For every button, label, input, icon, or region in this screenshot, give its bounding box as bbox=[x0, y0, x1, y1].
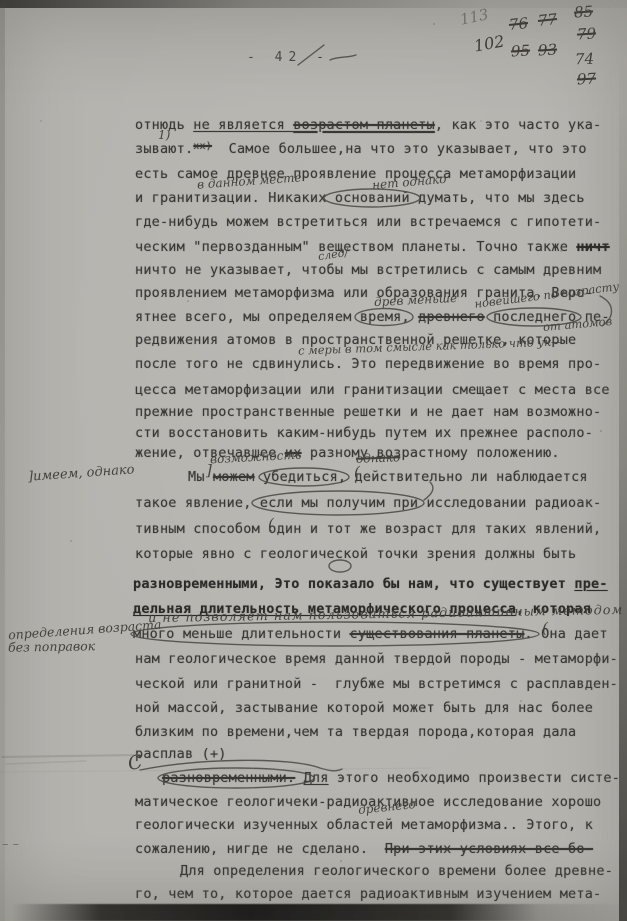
typed-line: разновременными. Для этого необходимо пр… bbox=[162, 771, 620, 785]
typed-text: такое явление, если мы получим при иссле… bbox=[135, 495, 601, 511]
typed-text: тивным способом один и тот же возраст дл… bbox=[135, 521, 601, 537]
typed-line: Мы можем убедиться, действительно ли наб… bbox=[188, 470, 588, 484]
renumber-mark: 95 bbox=[511, 44, 531, 60]
scan-artifact-bottom bbox=[0, 904, 627, 921]
typed-text: этого необходимо произвести систе- bbox=[329, 770, 620, 786]
typed-text: (+) bbox=[202, 746, 227, 762]
page-number-dash bbox=[330, 55, 356, 60]
typed-line: зывают.хх) Самое большее,на что это указ… bbox=[135, 142, 587, 158]
handwritten-note: 1) bbox=[158, 129, 170, 141]
typed-text: хх) bbox=[193, 141, 212, 152]
handwritten-note: древ меньше bbox=[374, 292, 458, 308]
typed-line: где-нибудь можем встретиться или встреча… bbox=[135, 215, 601, 229]
typed-line: ничто не указывает, чтобы мы встретились… bbox=[135, 263, 601, 277]
typed-text: не является bbox=[193, 117, 293, 133]
typed-text: ческим "первозданным" веществом планеты.… bbox=[135, 239, 576, 255]
typed-line: которые явно с геологической точки зрени… bbox=[135, 547, 576, 561]
typed-text: . Она дает bbox=[524, 626, 607, 642]
typed-text: убедиться, действительно ли наблюдается bbox=[255, 469, 588, 485]
renumber-mark: 79 bbox=[577, 26, 597, 42]
typed-text: сожалению, нигде не сделано. bbox=[135, 841, 385, 857]
typed-text: прежние пространственные решетки и не да… bbox=[135, 404, 601, 420]
typed-text: древнего bbox=[418, 309, 485, 325]
handwritten-note: от атомов bbox=[543, 316, 613, 333]
typed-line: тивным способом один и тот же возраст дл… bbox=[135, 522, 601, 536]
typed-text: сти восстановить каким-нибудь путем их п… bbox=[135, 425, 593, 441]
scanned-document-page: - 42 - отнюдь bbox=[0, 0, 627, 921]
pencil-smudge bbox=[2, 755, 140, 757]
typed-line: близким по времени,чем та твердая порода… bbox=[135, 725, 576, 739]
handwritten-note: – – bbox=[2, 838, 19, 851]
renumber-mark: 77 bbox=[537, 12, 558, 29]
typed-text: , как это часто ука- bbox=[435, 117, 602, 133]
renumber-mark: 97 bbox=[577, 72, 597, 88]
scan-artifact-top bbox=[0, 0, 627, 8]
typed-line: много меньше длительности существования … bbox=[133, 627, 608, 641]
typed-line: геологически изученных областей метаморф… bbox=[135, 818, 593, 832]
typed-line: прежние пространственные решетки и не да… bbox=[135, 405, 601, 419]
handwritten-note: ( bbox=[268, 517, 274, 532]
typed-text: разновременными. bbox=[162, 770, 295, 786]
typed-line: расплав (+) bbox=[135, 747, 227, 761]
typed-text: Для bbox=[304, 770, 329, 786]
handwritten-note: возможность bbox=[210, 449, 302, 466]
pencil-smudge bbox=[6, 761, 86, 764]
handwritten-note: без поправок bbox=[8, 640, 95, 654]
typed-line: отнюдь не является возрастом планеты, ка… bbox=[135, 118, 601, 132]
typed-text: и гранитизации. Никаких оснований думать… bbox=[135, 190, 585, 206]
scan-artifact-right bbox=[619, 0, 627, 921]
typed-text: разновременными, Это показало бы нам, чт… bbox=[133, 576, 574, 592]
paper-specks bbox=[0, 0, 2, 2]
renumber-mark: 76 bbox=[508, 16, 529, 33]
typed-text: много меньше длительности bbox=[133, 626, 350, 642]
typed-text: При этих условиях все бо- bbox=[385, 841, 593, 857]
handwritten-note: ]имеем, однако bbox=[28, 463, 135, 483]
typed-text: разному возрастному положению. bbox=[302, 445, 560, 461]
typed-text: геологически изученных областей метаморф… bbox=[135, 817, 593, 833]
handwritten-note: ] bbox=[206, 463, 212, 478]
typed-line: разновременными, Это показало бы нам, чт… bbox=[133, 577, 608, 591]
typed-line: после того не сдвинулись. Это передвижен… bbox=[135, 357, 601, 371]
typed-text: ничт bbox=[576, 239, 609, 255]
typed-line: Для определения геологического времени б… bbox=[180, 864, 613, 878]
typed-text: после того не сдвинулись. Это передвижен… bbox=[135, 356, 601, 372]
scan-artifact-left bbox=[0, 0, 5, 921]
typed-text: где-нибудь можем встретиться или встреча… bbox=[135, 214, 601, 230]
typed-text bbox=[295, 770, 303, 786]
renumber-mark: 85 bbox=[574, 4, 594, 20]
typed-line: сти восстановить каким-нибудь путем их п… bbox=[135, 426, 593, 440]
typed-text: го, чем то, которое дается радиоактивным… bbox=[135, 886, 601, 902]
typed-line: цесса метаморфизации или гранитизации см… bbox=[135, 383, 610, 397]
handwritten-note: ( bbox=[542, 621, 548, 636]
typed-line: такое явление, если мы получим при иссле… bbox=[135, 496, 601, 510]
renumber-mark: 113 bbox=[459, 7, 490, 28]
typed-text: возрастом планеты bbox=[293, 117, 435, 133]
handwritten-note: след/ bbox=[317, 247, 349, 262]
typed-line: ной массой, застывание которой может быт… bbox=[135, 701, 593, 715]
typed-text: Для определения геологического времени б… bbox=[180, 863, 613, 879]
typed-text: пре- bbox=[574, 576, 607, 592]
typed-text: можем bbox=[213, 469, 255, 485]
typed-line: ческим "первозданным" веществом планеты.… bbox=[135, 240, 610, 254]
typed-text: Самое большее,на что это указывает, что … bbox=[212, 141, 587, 157]
typed-text: ческой или гранитной - глубже мы встрети… bbox=[135, 676, 618, 692]
renumber-mark: 74 bbox=[575, 52, 595, 68]
typed-line: ческой или гранитной - глубже мы встрети… bbox=[135, 677, 618, 691]
typed-text: нам геологическое время данной твердой п… bbox=[135, 651, 618, 667]
handwritten-note: С bbox=[126, 753, 144, 774]
typed-line: го, чем то, которое дается радиоактивным… bbox=[135, 887, 601, 901]
typed-text: близким по времени,чем та твердая порода… bbox=[135, 724, 576, 740]
typed-line: нам геологическое время данной твердой п… bbox=[135, 652, 618, 666]
typed-text: цесса метаморфизации или гранитизации см… bbox=[135, 382, 610, 398]
typed-text: расплав bbox=[135, 746, 202, 762]
typed-text: которые явно с геологической точки зрени… bbox=[135, 546, 576, 562]
renumber-mark: 102 bbox=[473, 33, 506, 54]
typed-text: ятнее всего, мы определяем время, bbox=[135, 309, 418, 325]
typed-text: ничто не указывает, чтобы мы встретились… bbox=[135, 262, 601, 278]
typed-text: ной массой, застывание которой может быт… bbox=[135, 700, 593, 716]
typed-text: существования планеты bbox=[350, 626, 525, 642]
typed-line: ятнее всего, мы определяем время, древне… bbox=[135, 310, 610, 324]
typed-line: сожалению, нигде не сделано. При этих ус… bbox=[135, 842, 593, 856]
handwritten-note: ( bbox=[354, 465, 360, 480]
handwritten-note: однако bbox=[356, 451, 401, 465]
typed-line: жение, отвечавшее их разному возрастному… bbox=[135, 446, 560, 460]
renumber-mark: 93 bbox=[538, 43, 558, 59]
typed-text: зывают. bbox=[135, 141, 193, 157]
typed-line: и гранитизации. Никаких оснований думать… bbox=[135, 191, 585, 205]
page-number: - 42 - bbox=[247, 50, 330, 65]
